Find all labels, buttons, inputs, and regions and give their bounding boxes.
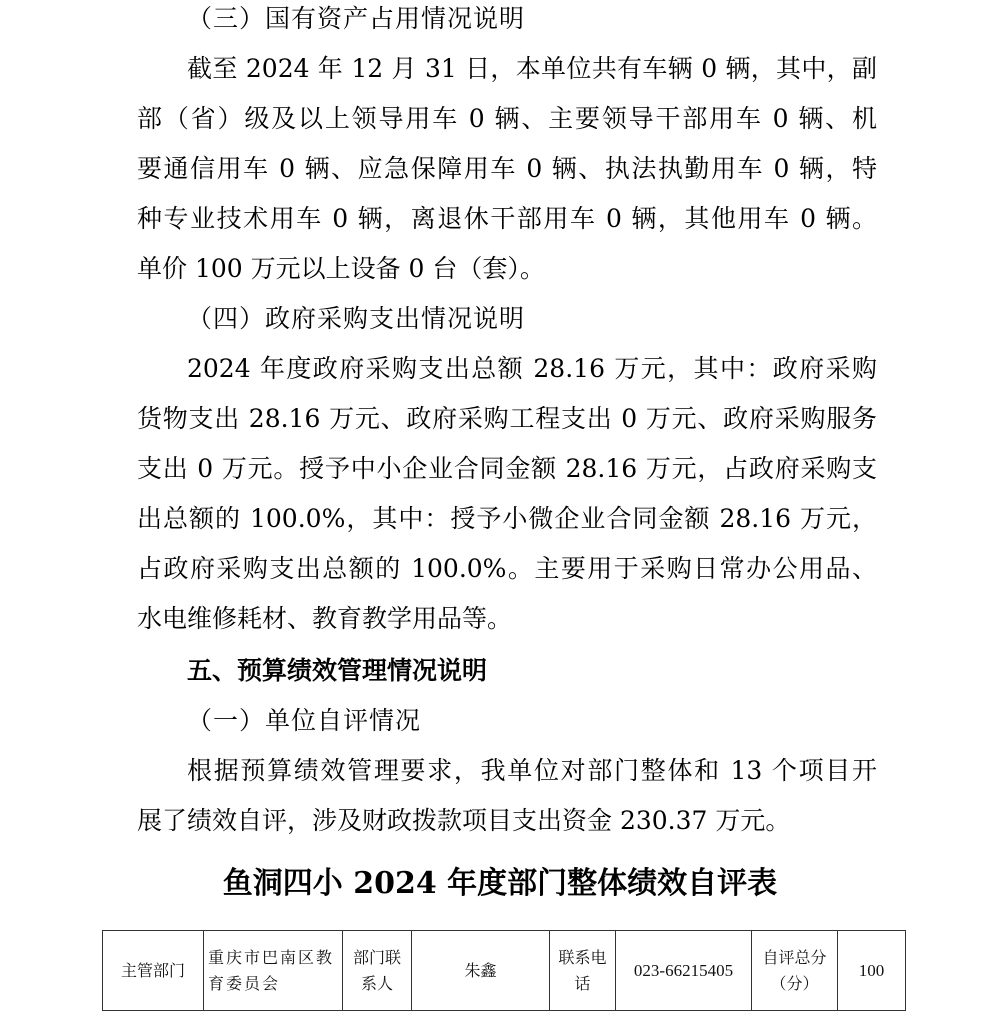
assets-paragraph-line-3: 要通信用车 0 辆、应急保障用车 0 辆、执法执勤用车 0 辆，特 bbox=[137, 154, 877, 184]
score-value-cell: 100 bbox=[838, 931, 906, 1011]
procurement-paragraph-line-4: 出总额的 100.0%，其中：授予小微企业合同金额 28.16 万元， bbox=[137, 504, 877, 534]
evaluation-table: 主管部门 重庆市巴南区教育委员会 部门联系人 朱鑫 联系电话 023-66215… bbox=[102, 930, 906, 1011]
performance-paragraph-line-2: 展了绩效自评，涉及财政拨款项目支出资金 230.37 万元。 bbox=[137, 806, 790, 836]
contact-label-cell: 部门联系人 bbox=[343, 931, 412, 1011]
section-heading-assets: （三）国有资产占用情况说明 bbox=[187, 4, 525, 34]
dept-value-cell: 重庆市巴南区教育委员会 bbox=[204, 931, 343, 1011]
phone-value-cell: 023-66215405 bbox=[616, 931, 752, 1011]
dept-label-cell: 主管部门 bbox=[103, 931, 204, 1011]
section-heading-procurement: （四）政府采购支出情况说明 bbox=[187, 304, 525, 334]
assets-paragraph-line-5: 单价 100 万元以上设备 0 台（套）。 bbox=[137, 254, 545, 284]
procurement-paragraph-line-1: 2024 年度政府采购支出总额 28.16 万元，其中：政府采购 bbox=[137, 354, 877, 384]
section-heading-performance: 五、预算绩效管理情况说明 bbox=[187, 656, 487, 686]
score-label-cell: 自评总分（分） bbox=[752, 931, 838, 1011]
procurement-paragraph-line-6: 水电维修耗材、教育教学用品等。 bbox=[137, 604, 512, 634]
procurement-paragraph-line-3: 支出 0 万元。授予中小企业合同金额 28.16 万元，占政府采购支 bbox=[137, 454, 877, 484]
subsection-heading-self-evaluation: （一）单位自评情况 bbox=[187, 706, 421, 736]
table-title: 鱼洞四小 2024 年度部门整体绩效自评表 bbox=[0, 866, 1000, 902]
assets-paragraph-line-1: 截至 2024 年 12 月 31 日，本单位共有车辆 0 辆，其中，副 bbox=[137, 54, 877, 84]
assets-paragraph-line-2: 部（省）级及以上领导用车 0 辆、主要领导干部用车 0 辆、机 bbox=[137, 104, 877, 134]
contact-value-cell: 朱鑫 bbox=[412, 931, 550, 1011]
procurement-paragraph-line-2: 货物支出 28.16 万元、政府采购工程支出 0 万元、政府采购服务 bbox=[137, 404, 877, 434]
phone-label-cell: 联系电话 bbox=[550, 931, 616, 1011]
assets-paragraph-line-4: 种专业技术用车 0 辆，离退休干部用车 0 辆，其他用车 0 辆。 bbox=[137, 204, 877, 234]
procurement-paragraph-line-5: 占政府采购支出总额的 100.0%。主要用于采购日常办公用品、 bbox=[137, 554, 877, 584]
table-row: 主管部门 重庆市巴南区教育委员会 部门联系人 朱鑫 联系电话 023-66215… bbox=[103, 931, 906, 1011]
performance-paragraph-line-1: 根据预算绩效管理要求，我单位对部门整体和 13 个项目开 bbox=[137, 756, 877, 786]
